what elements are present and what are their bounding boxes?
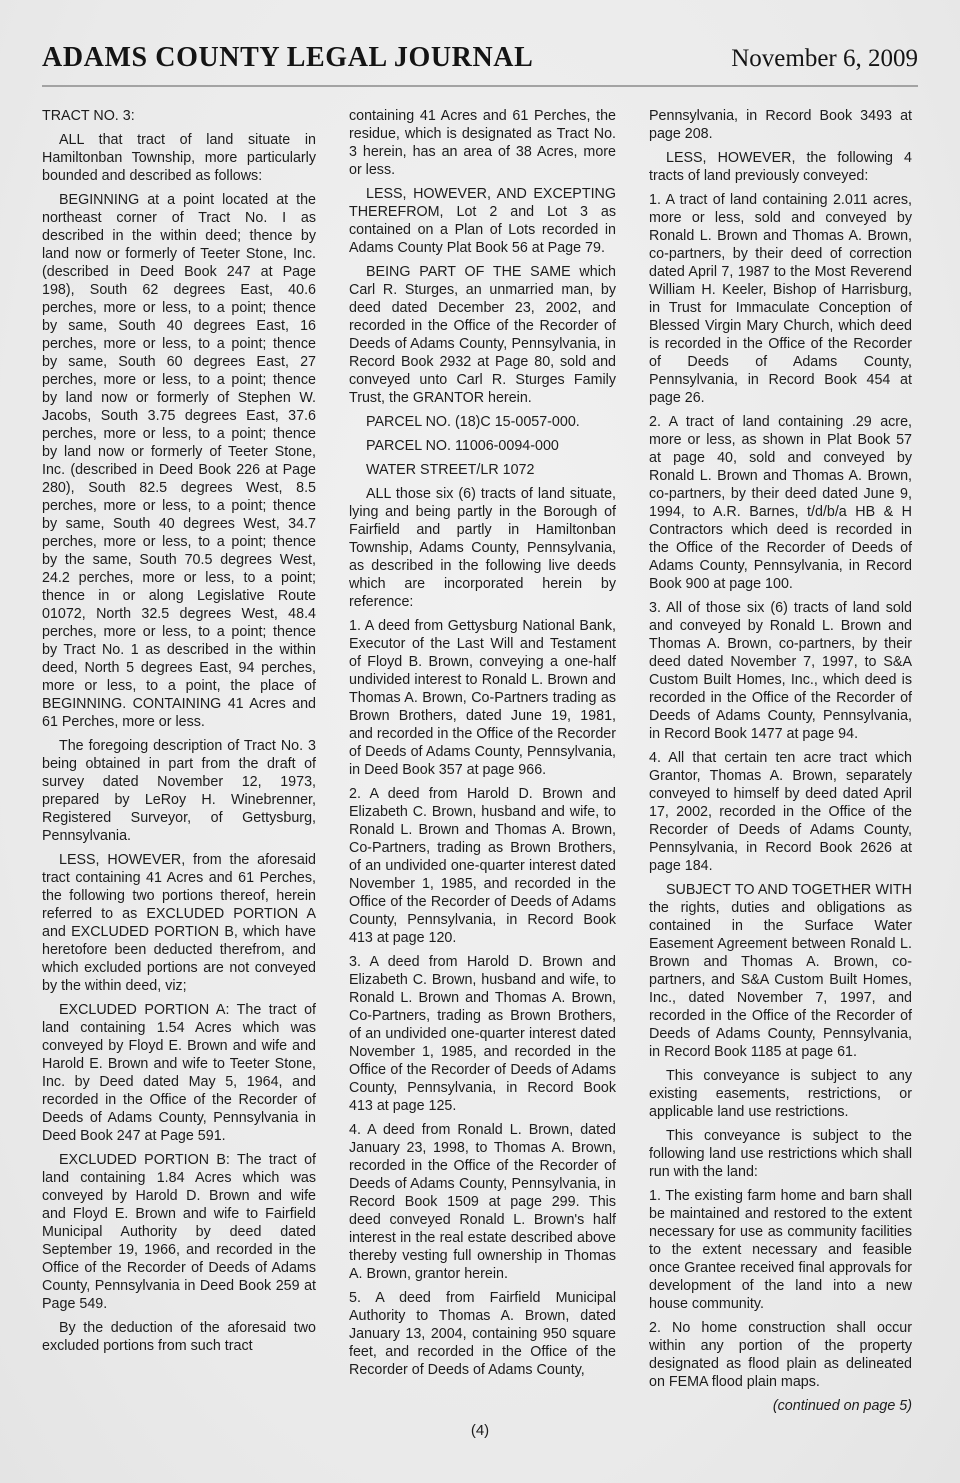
paragraph: LESS, HOWEVER, the following 4 tracts of…	[649, 149, 912, 185]
column-3: Pennsylvania, in Record Book 3493 at pag…	[649, 107, 912, 1421]
paragraph: By the deduction of the aforesaid two ex…	[42, 1319, 316, 1355]
continued-note: (continued on page 5)	[649, 1397, 912, 1415]
numbered-item: 2. No home construction shall occur with…	[649, 1319, 912, 1391]
numbered-item: 2. A tract of land containing .29 acre, …	[649, 413, 912, 593]
numbered-item: 4. A deed from Ronald L. Brown, dated Ja…	[349, 1121, 616, 1283]
column-2: containing 41 Acres and 61 Perches, the …	[349, 107, 616, 1421]
page-number: (4)	[0, 1422, 960, 1439]
journal-title: ADAMS COUNTY LEGAL JOURNAL	[42, 42, 533, 74]
numbered-item: 5. A deed from Fairfield Municipal Autho…	[349, 1289, 616, 1379]
article-body: TRACT NO. 3: ALL that tract of land situ…	[0, 87, 960, 1421]
paragraph: SUBJECT TO AND TOGETHER WITH the rights,…	[649, 881, 912, 1061]
paragraph: This conveyance is subject to the follow…	[649, 1127, 912, 1181]
numbered-item: 4. All that certain ten acre tract which…	[649, 749, 912, 875]
paragraph: containing 41 Acres and 61 Perches, the …	[349, 107, 616, 179]
numbered-item: 1. A tract of land containing 2.011 acre…	[649, 191, 912, 407]
column-1: TRACT NO. 3: ALL that tract of land situ…	[42, 107, 316, 1421]
paragraph: EXCLUDED PORTION B: The tract of land co…	[42, 1151, 316, 1313]
tract-heading: TRACT NO. 3:	[42, 107, 316, 125]
masthead: ADAMS COUNTY LEGAL JOURNAL November 6, 2…	[0, 0, 960, 74]
street-reference: WATER STREET/LR 1072	[349, 461, 616, 479]
numbered-item: 1. A deed from Gettysburg National Bank,…	[349, 617, 616, 779]
paragraph: The foregoing description of Tract No. 3…	[42, 737, 316, 845]
paragraph: LESS, HOWEVER, from the aforesaid tract …	[42, 851, 316, 995]
paragraph: BEING PART OF THE SAME which Carl R. Stu…	[349, 263, 616, 407]
paragraph: ALL that tract of land situate in Hamilt…	[42, 131, 316, 185]
paragraph: Pennsylvania, in Record Book 3493 at pag…	[649, 107, 912, 143]
numbered-item: 1. The existing farm home and barn shall…	[649, 1187, 912, 1313]
paragraph: This conveyance is subject to any existi…	[649, 1067, 912, 1121]
numbered-item: 3. A deed from Harold D. Brown and Eliza…	[349, 953, 616, 1115]
paragraph: EXCLUDED PORTION A: The tract of land co…	[42, 1001, 316, 1145]
parcel-number: PARCEL NO. (18)C 15-0057-000.	[349, 413, 616, 431]
paragraph: BEGINNING at a point located at the nort…	[42, 191, 316, 731]
issue-date: November 6, 2009	[731, 45, 918, 73]
numbered-item: 3. All of those six (6) tracts of land s…	[649, 599, 912, 743]
numbered-item: 2. A deed from Harold D. Brown and Eliza…	[349, 785, 616, 947]
parcel-number: PARCEL NO. 11006-0094-000	[349, 437, 616, 455]
paragraph: ALL those six (6) tracts of land situate…	[349, 485, 616, 611]
paragraph: LESS, HOWEVER, AND EXCEPTING THEREFROM, …	[349, 185, 616, 257]
